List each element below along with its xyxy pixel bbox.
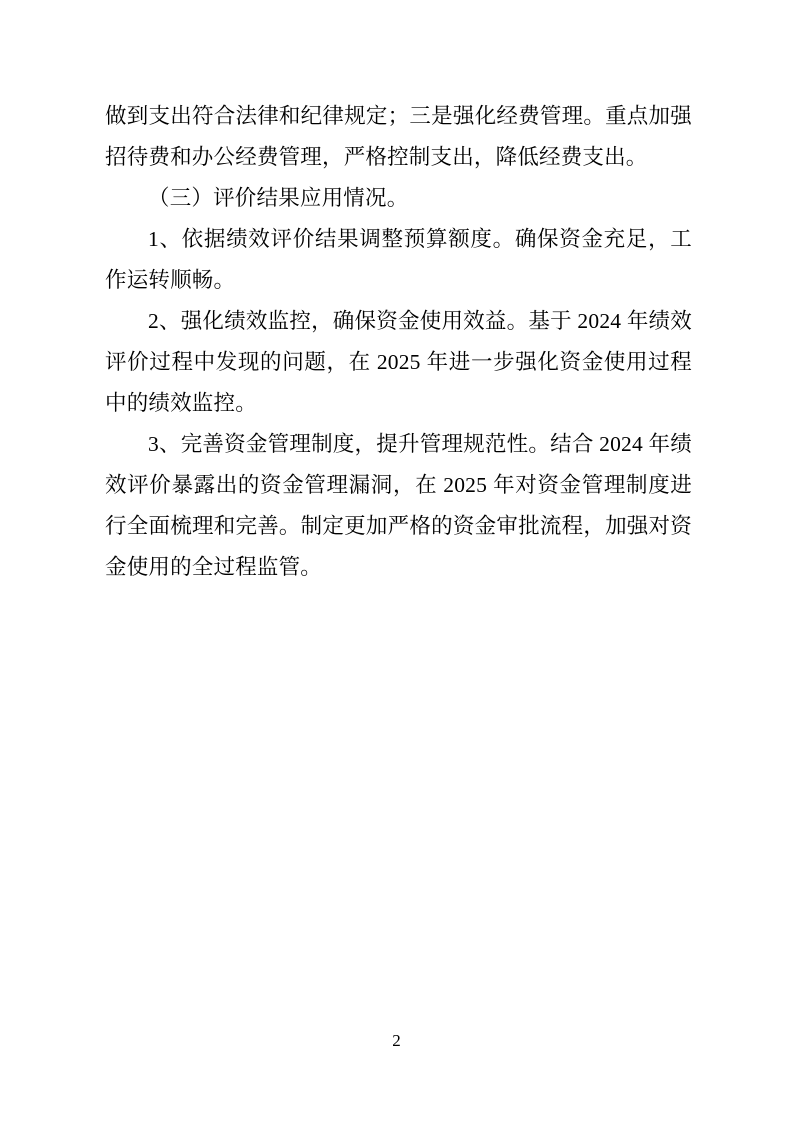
document-body: 做到支出符合法律和纪律规定；三是强化经费管理。重点加强招待费和办公经费管理，严格… — [105, 96, 692, 588]
paragraph-continuation: 做到支出符合法律和纪律规定；三是强化经费管理。重点加强招待费和办公经费管理，严格… — [105, 96, 692, 178]
document-page: 做到支出符合法律和纪律规定；三是强化经费管理。重点加强招待费和办公经费管理，严格… — [0, 0, 793, 1122]
paragraph-item-3: 3、完善资金管理制度，提升管理规范性。结合 2024 年绩效评价暴露出的资金管理… — [105, 424, 692, 588]
paragraph-section-heading: （三）评价结果应用情况。 — [105, 178, 692, 219]
paragraph-item-1: 1、依据绩效评价结果调整预算额度。确保资金充足，工作运转顺畅。 — [105, 219, 692, 301]
paragraph-item-2: 2、强化绩效监控，确保资金使用效益。基于 2024 年绩效评价过程中发现的问题，… — [105, 301, 692, 424]
page-number: 2 — [0, 1030, 793, 1052]
